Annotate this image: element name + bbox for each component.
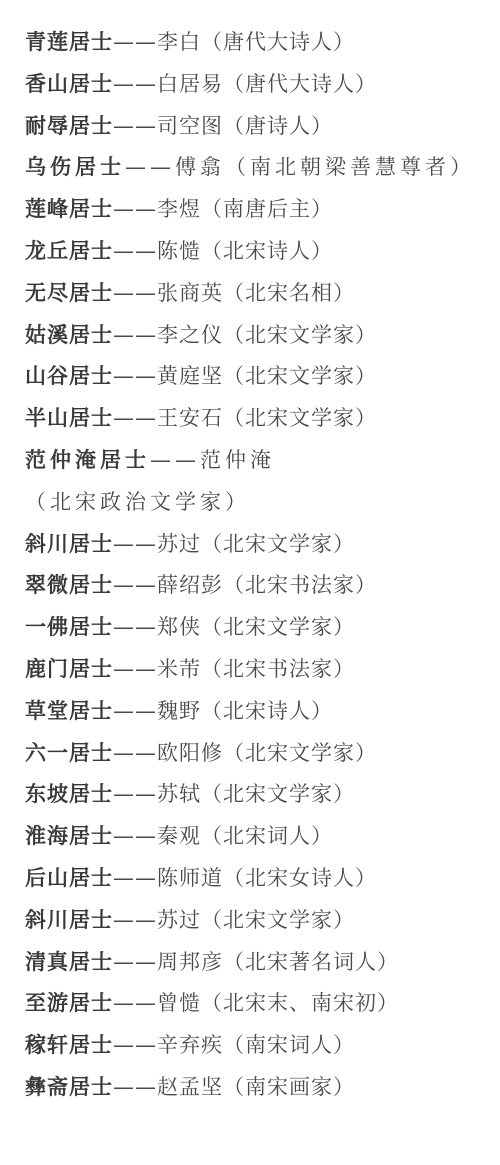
alias: 姑溪居士 — [25, 323, 113, 347]
alias: 斜川居士 — [25, 532, 113, 556]
alias: 山谷居士 — [25, 364, 113, 388]
description: （北宋词人） — [201, 824, 333, 848]
list-item: 鹿门居士——米芾（北宋书法家） — [25, 649, 490, 691]
dash: —— — [113, 657, 157, 681]
list-item: 乌伤居士——傅翕（南北朝梁善慧尊者） — [25, 147, 490, 189]
person-name: 白居易 — [157, 72, 223, 96]
dash: —— — [113, 114, 157, 138]
description: （北宋末、南宋初） — [201, 991, 399, 1015]
person-name: 苏过 — [157, 532, 201, 556]
description: （北宋文学家） — [201, 532, 355, 556]
person-name: 米芾 — [157, 657, 201, 681]
description: （南宋画家） — [223, 1075, 355, 1099]
alias: 清真居士 — [25, 950, 113, 974]
description: （北宋文学家） — [201, 908, 355, 932]
person-name: 苏过 — [157, 908, 201, 932]
alias: 一佛居士 — [25, 615, 113, 639]
person-name: 薛绍彭 — [157, 573, 223, 597]
person-name: 辛弃疾 — [157, 1033, 223, 1057]
dash: —— — [113, 950, 157, 974]
dash: —— — [113, 532, 157, 556]
description: （北宋著名词人） — [223, 950, 399, 974]
description: （北宋女诗人） — [223, 866, 377, 890]
alias-list: 青莲居士——李白（唐代大诗人） 香山居士——白居易（唐代大诗人） 耐辱居士——司… — [0, 0, 500, 1109]
list-item: 东坡居士——苏轼（北宋文学家） — [25, 774, 490, 816]
description: （北宋文学家） — [201, 782, 355, 806]
description: （北宋诗人） — [201, 699, 333, 723]
alias: 彝斋居士 — [25, 1075, 113, 1099]
alias: 东坡居士 — [25, 782, 113, 806]
person-name: 傅翕 — [175, 155, 225, 179]
list-item: 清真居士——周邦彦（北宋著名词人） — [25, 942, 490, 984]
person-name: 陈慥 — [157, 239, 201, 263]
alias: 半山居士 — [25, 406, 113, 430]
dash: —— — [113, 30, 157, 54]
alias: 乌伤居士 — [25, 155, 125, 179]
alias: 范仲淹居士 — [25, 448, 150, 472]
alias: 淮海居士 — [25, 824, 113, 848]
alias: 香山居士 — [25, 72, 113, 96]
description: （南宋词人） — [223, 1033, 355, 1057]
alias: 至游居士 — [25, 991, 113, 1015]
list-item: 范仲淹居士——范仲淹（北宋政治文学家） — [25, 440, 490, 524]
dash: —— — [113, 615, 157, 639]
dash: —— — [113, 824, 157, 848]
person-name: 周邦彦 — [157, 950, 223, 974]
list-item: 草堂居士——魏野（北宋诗人） — [25, 691, 490, 733]
description: （唐诗人） — [223, 114, 333, 138]
dash: —— — [113, 72, 157, 96]
dash: —— — [113, 782, 157, 806]
dash: —— — [113, 1075, 157, 1099]
list-item: 一佛居士——郑侠（北宋文学家） — [25, 607, 490, 649]
dash: —— — [150, 448, 200, 472]
list-item: 后山居士——陈师道（北宋女诗人） — [25, 858, 490, 900]
description: （北宋文学家） — [223, 406, 377, 430]
person-name: 曾慥 — [157, 991, 201, 1015]
dash: —— — [113, 323, 157, 347]
dash: —— — [125, 155, 175, 179]
list-item: 斜川居士——苏过（北宋文学家） — [25, 900, 490, 942]
description: （北宋诗人） — [201, 239, 333, 263]
description: （北宋文学家） — [223, 323, 377, 347]
person-name: 苏轼 — [157, 782, 201, 806]
person-name: 王安石 — [157, 406, 223, 430]
list-item: 淮海居士——秦观（北宋词人） — [25, 816, 490, 858]
dash: —— — [113, 699, 157, 723]
list-item: 半山居士——王安石（北宋文学家） — [25, 398, 490, 440]
person-name: 陈师道 — [157, 866, 223, 890]
alias: 无尽居士 — [25, 281, 113, 305]
person-name: 范仲淹 — [200, 448, 275, 472]
dash: —— — [113, 991, 157, 1015]
person-name: 李之仪 — [157, 323, 223, 347]
list-item: 斜川居士——苏过（北宋文学家） — [25, 524, 490, 566]
alias: 翠微居士 — [25, 573, 113, 597]
description: （北宋书法家） — [201, 657, 355, 681]
description: （南北朝梁善慧尊者） — [225, 155, 475, 179]
dash: —— — [113, 908, 157, 932]
person-name: 李煜 — [157, 197, 201, 221]
description: （北宋文学家） — [201, 615, 355, 639]
person-name: 司空图 — [157, 114, 223, 138]
list-item: 至游居士——曾慥（北宋末、南宋初） — [25, 983, 490, 1025]
list-item: 彝斋居士——赵孟坚（南宋画家） — [25, 1067, 490, 1109]
alias: 青莲居士 — [25, 30, 113, 54]
list-item: 莲峰居士——李煜（南唐后主） — [25, 189, 490, 231]
dash: —— — [113, 197, 157, 221]
dash: —— — [113, 866, 157, 890]
alias: 后山居士 — [25, 866, 113, 890]
dash: —— — [113, 281, 157, 305]
dash: —— — [113, 364, 157, 388]
alias: 六一居士 — [25, 741, 113, 765]
person-name: 黄庭坚 — [157, 364, 223, 388]
dash: —— — [113, 1033, 157, 1057]
list-item: 六一居士——欧阳修（北宋文学家） — [25, 733, 490, 775]
person-name: 魏野 — [157, 699, 201, 723]
alias: 龙丘居士 — [25, 239, 113, 263]
alias: 稼轩居士 — [25, 1033, 113, 1057]
list-item: 姑溪居士——李之仪（北宋文学家） — [25, 315, 490, 357]
person-name: 秦观 — [157, 824, 201, 848]
alias: 斜川居士 — [25, 908, 113, 932]
alias: 鹿门居士 — [25, 657, 113, 681]
dash: —— — [113, 573, 157, 597]
description: （唐代大诗人） — [201, 30, 355, 54]
description: （北宋书法家） — [223, 573, 377, 597]
dash: —— — [113, 239, 157, 263]
list-item: 山谷居士——黄庭坚（北宋文学家） — [25, 356, 490, 398]
description: （唐代大诗人） — [223, 72, 377, 96]
alias: 耐辱居士 — [25, 114, 113, 138]
person-name: 赵孟坚 — [157, 1075, 223, 1099]
description: （北宋文学家） — [223, 741, 377, 765]
list-item: 青莲居士——李白（唐代大诗人） — [25, 22, 490, 64]
list-item: 香山居士——白居易（唐代大诗人） — [25, 64, 490, 106]
person-name: 张商英 — [157, 281, 223, 305]
person-name: 郑侠 — [157, 615, 201, 639]
dash: —— — [113, 741, 157, 765]
alias: 草堂居士 — [25, 699, 113, 723]
list-item: 龙丘居士——陈慥（北宋诗人） — [25, 231, 490, 273]
list-item: 无尽居士——张商英（北宋名相） — [25, 273, 490, 315]
person-name: 欧阳修 — [157, 741, 223, 765]
description: （北宋名相） — [223, 281, 355, 305]
dash: —— — [113, 406, 157, 430]
description: （北宋政治文学家） — [25, 490, 250, 514]
list-item: 耐辱居士——司空图（唐诗人） — [25, 106, 490, 148]
description: （南唐后主） — [201, 197, 333, 221]
person-name: 李白 — [157, 30, 201, 54]
list-item: 稼轩居士——辛弃疾（南宋词人） — [25, 1025, 490, 1067]
description: （北宋文学家） — [223, 364, 377, 388]
list-item: 翠微居士——薛绍彭（北宋书法家） — [25, 565, 490, 607]
alias: 莲峰居士 — [25, 197, 113, 221]
